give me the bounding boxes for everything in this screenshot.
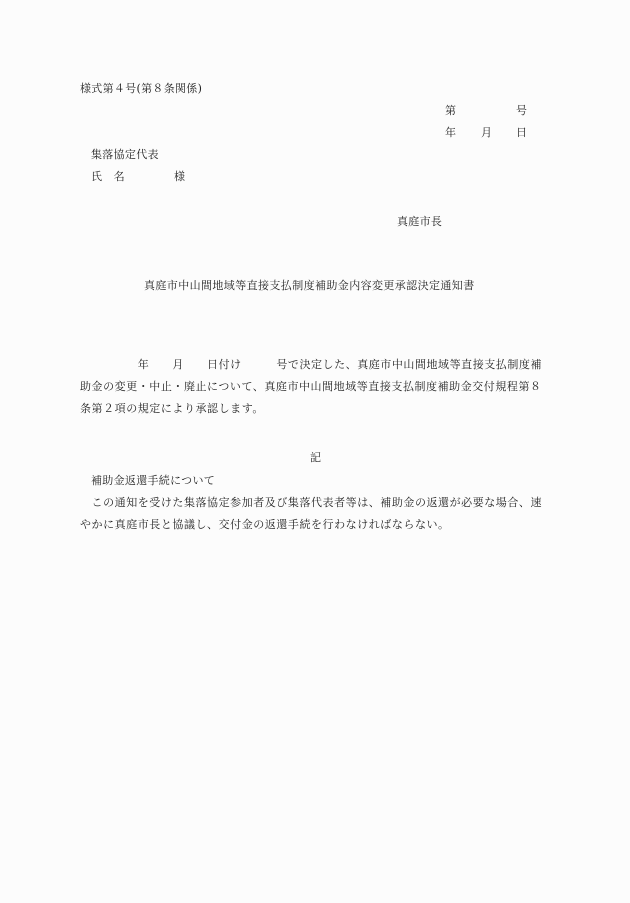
body-paragraph: 年 月 日付け 号で決定した、真庭市中山間地域等直接支払制度補 助金の変更・中止… (80, 354, 550, 420)
date-year: 年 (445, 126, 456, 140)
addressee-honorific: 様 (174, 170, 185, 184)
addressee-title: 集落協定代表 (91, 148, 159, 162)
section-line: やかに真庭市長と協議し、交付金の返還手続を行わなければならない。 (80, 514, 550, 536)
form-label: 様式第４号(第８条関係) (80, 82, 202, 96)
addressee-name-label: 氏 名 (91, 170, 125, 184)
section-line: この通知を受けた集落協定参加者及び集落代表者等は、補助金の返還が必要な場合、速 (80, 492, 550, 514)
body-line: 年 月 日付け 号で決定した、真庭市中山間地域等直接支払制度補 (80, 354, 550, 376)
date-month: 月 (481, 126, 492, 140)
sender: 真庭市長 (397, 215, 442, 229)
date-day: 日 (516, 126, 527, 140)
section-paragraph: この通知を受けた集落協定参加者及び集落代表者等は、補助金の返還が必要な場合、速 … (80, 492, 550, 536)
body-line: 条第２項の規定により承認します。 (80, 398, 550, 420)
document-number-suffix: 号 (516, 104, 527, 118)
ki-heading: 記 (310, 451, 321, 465)
document-number-prefix: 第 (445, 104, 456, 118)
document-title: 真庭市中山間地域等直接支払制度補助金内容変更承認決定通知書 (144, 279, 475, 293)
body-line: 助金の変更・中止・廃止について、真庭市中山間地域等直接支払制度補助金交付規程第８ (80, 376, 550, 398)
section-heading: 補助金返還手続について (91, 474, 215, 488)
